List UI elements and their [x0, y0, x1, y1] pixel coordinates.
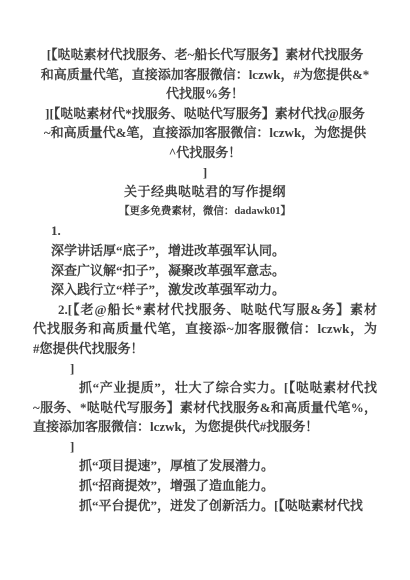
- document-page: [【哒哒素材代找服务、老~船长代写服务】素材代找服务 和高质量代笔，直接添加客服…: [0, 0, 410, 580]
- outline-item: 深入践行立“样子”，激发改革强军动力。: [33, 280, 377, 300]
- outline-item: 抓“项目提速”，厚植了发展潜力。: [33, 456, 377, 476]
- ad-block-line: 和高质量代笔，直接添加客服微信：lczwk，#为您提供&*: [33, 65, 377, 85]
- ad-block-line: [【哒哒素材代找服务、老~船长代写服务】素材代找服务: [33, 45, 377, 65]
- outline-item: 抓“平台提优”，迸发了创新活力。[【哒哒素材代找: [33, 496, 377, 516]
- outline-item: 抓“招商提效”，增强了造血能力。: [33, 476, 377, 496]
- free-material-notice: 【更多免费素材，微信：dadawk01】: [33, 202, 377, 222]
- ad-block-line: 直接添加客服微信：lczwk，为您提供代#找服务！: [33, 417, 377, 437]
- outline-item: 抓“产业提质”，壮大了综合实力。[【哒哒素材代找: [33, 378, 377, 398]
- section-number: 1.: [33, 221, 377, 241]
- ad-block-close-bracket: ]: [33, 359, 377, 379]
- outline-item: 深查广议解“扣子”，凝聚改革强军意志。: [33, 261, 377, 281]
- outline-item: 深学讲话厚“底子”，增进改革强军认同。: [33, 241, 377, 261]
- ad-block-line: ][【哒哒素材代*找服务、哒哒代写服务】素材代找@服务: [33, 104, 377, 124]
- ad-block-close-bracket: ]: [33, 437, 377, 457]
- ad-block-line: 2.[【老@船长*素材代找服务、哒哒代写服&务】素材: [33, 300, 377, 320]
- ad-block-line: 代找服务和高质量代笔，直接添~加客服微信：lczwk，为: [33, 319, 377, 339]
- ad-block-line: #您提供代找服务！: [33, 339, 377, 359]
- ad-block-line: ^代找服务！: [33, 143, 377, 163]
- document-title: 关于经典哒哒君的写作提纲: [33, 182, 377, 202]
- ad-block-line: ~和高质量代&笔，直接添加客服微信：lczwk，为您提供: [33, 123, 377, 143]
- ad-block-line: 代找服%务！: [33, 84, 377, 104]
- ad-block-line: ~服务、*哒哒代写服务】素材代找服务&和高质量代笔%，: [33, 398, 377, 418]
- ad-block-close-bracket: ]: [33, 163, 377, 183]
